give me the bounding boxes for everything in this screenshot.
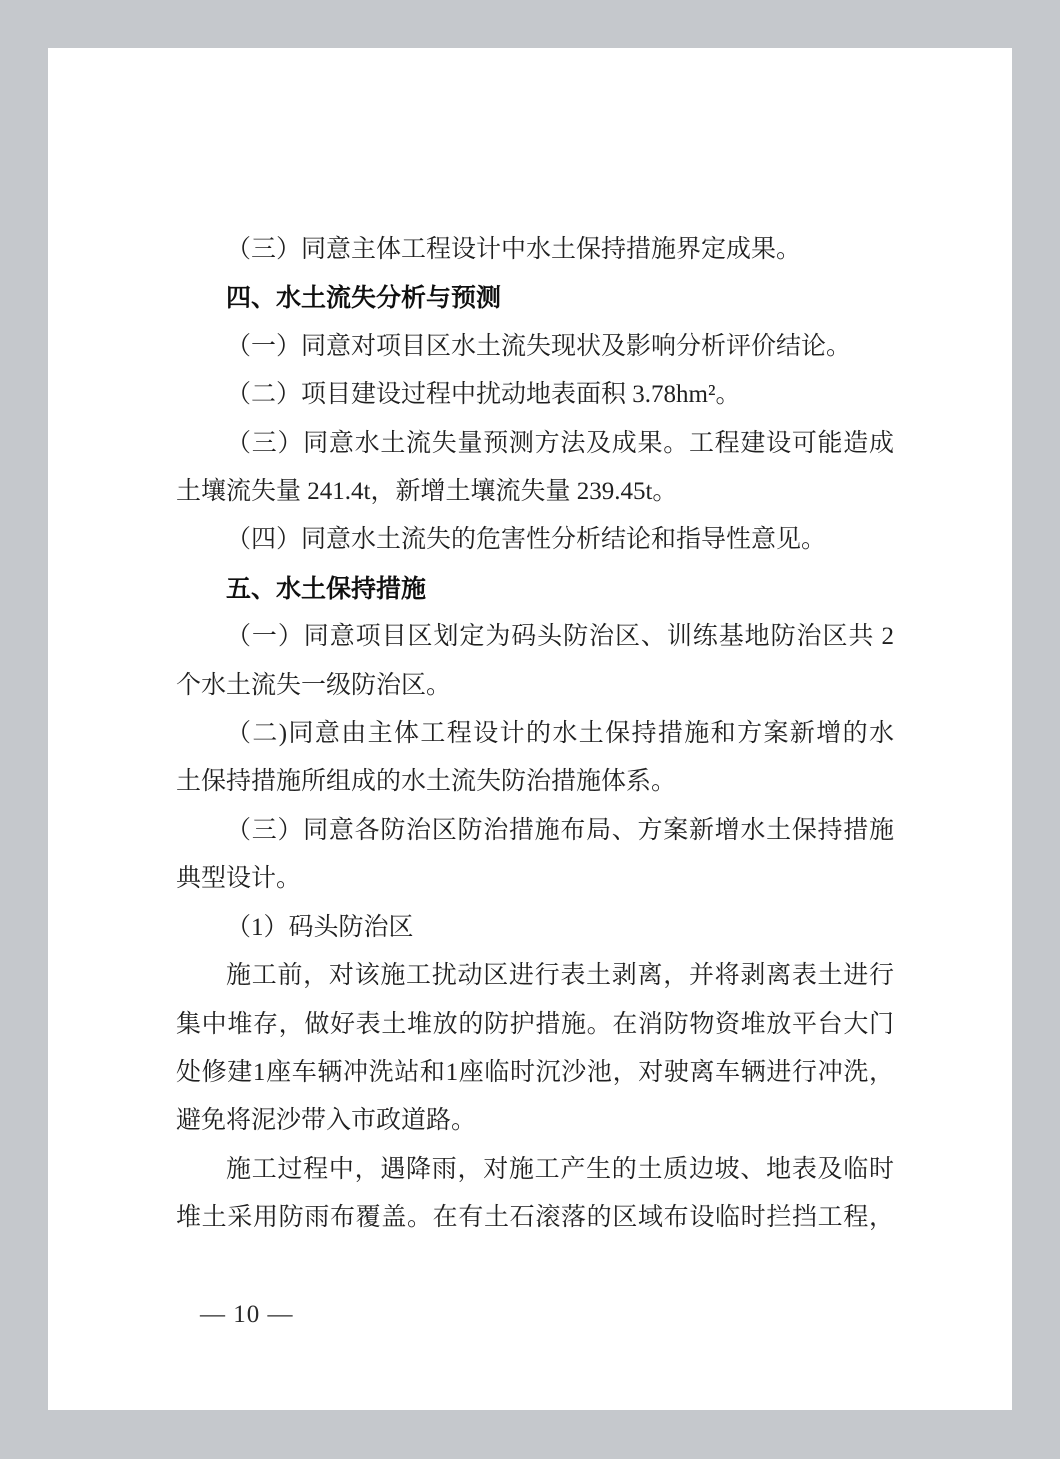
pdf-viewer-background: （三）同意主体工程设计中水土保持措施界定成果。四、水土流失分析与预测（一）同意对… <box>0 0 1060 1459</box>
paragraph-line: 堆土采用防雨布覆盖。在有土石滚落的区域布设临时拦挡工程， <box>176 1194 894 1242</box>
section-heading: 四、水土流失分析与预测 <box>176 274 894 322</box>
section-heading: 五、水土保持措施 <box>176 565 894 613</box>
paragraph-line: （二）项目建设过程中扰动地表面积 3.78hm²。 <box>176 371 894 419</box>
paragraph-line: （三）同意各防治区防治措施布局、方案新增水土保持措施 <box>176 807 894 855</box>
paragraph-line: 土壤流失量 241.4t，新增土壤流失量 239.45t。 <box>176 468 894 516</box>
paragraph-line: 土保持措施所组成的水土流失防治措施体系。 <box>176 758 894 806</box>
paragraph-line: （四）同意水土流失的危害性分析结论和指导性意见。 <box>176 516 894 564</box>
document-content: （三）同意主体工程设计中水土保持措施界定成果。四、水土流失分析与预测（一）同意对… <box>176 226 894 1243</box>
paragraph-line: （1）码头防治区 <box>176 904 894 952</box>
paragraph-line: （三）同意主体工程设计中水土保持措施界定成果。 <box>176 226 894 274</box>
paragraph-line: 典型设计。 <box>176 855 894 903</box>
paragraph-line: 集中堆存，做好表土堆放的防护措施。在消防物资堆放平台大门 <box>176 1001 894 1049</box>
paragraph-line: （二)同意由主体工程设计的水土保持措施和方案新增的水 <box>176 710 894 758</box>
paragraph-line: （一）同意项目区划定为码头防治区、训练基地防治区共 2 <box>176 613 894 661</box>
paragraph-line: 施工前，对该施工扰动区进行表土剥离，并将剥离表土进行 <box>176 952 894 1000</box>
paragraph-line: 处修建1座车辆冲洗站和1座临时沉沙池，对驶离车辆进行冲洗， <box>176 1049 894 1097</box>
paragraph-line: 施工过程中，遇降雨，对施工产生的土质边坡、地表及临时 <box>176 1146 894 1194</box>
document-page: （三）同意主体工程设计中水土保持措施界定成果。四、水土流失分析与预测（一）同意对… <box>48 48 1012 1410</box>
paragraph-line: （三）同意水土流失量预测方法及成果。工程建设可能造成 <box>176 420 894 468</box>
page-footer: — 10 — <box>200 1302 294 1328</box>
paragraph-line: 避免将泥沙带入市政道路。 <box>176 1097 894 1145</box>
page-number: — 10 — <box>200 1301 294 1328</box>
paragraph-line: （一）同意对项目区水土流失现状及影响分析评价结论。 <box>176 323 894 371</box>
paragraph-line: 个水土流失一级防治区。 <box>176 662 894 710</box>
